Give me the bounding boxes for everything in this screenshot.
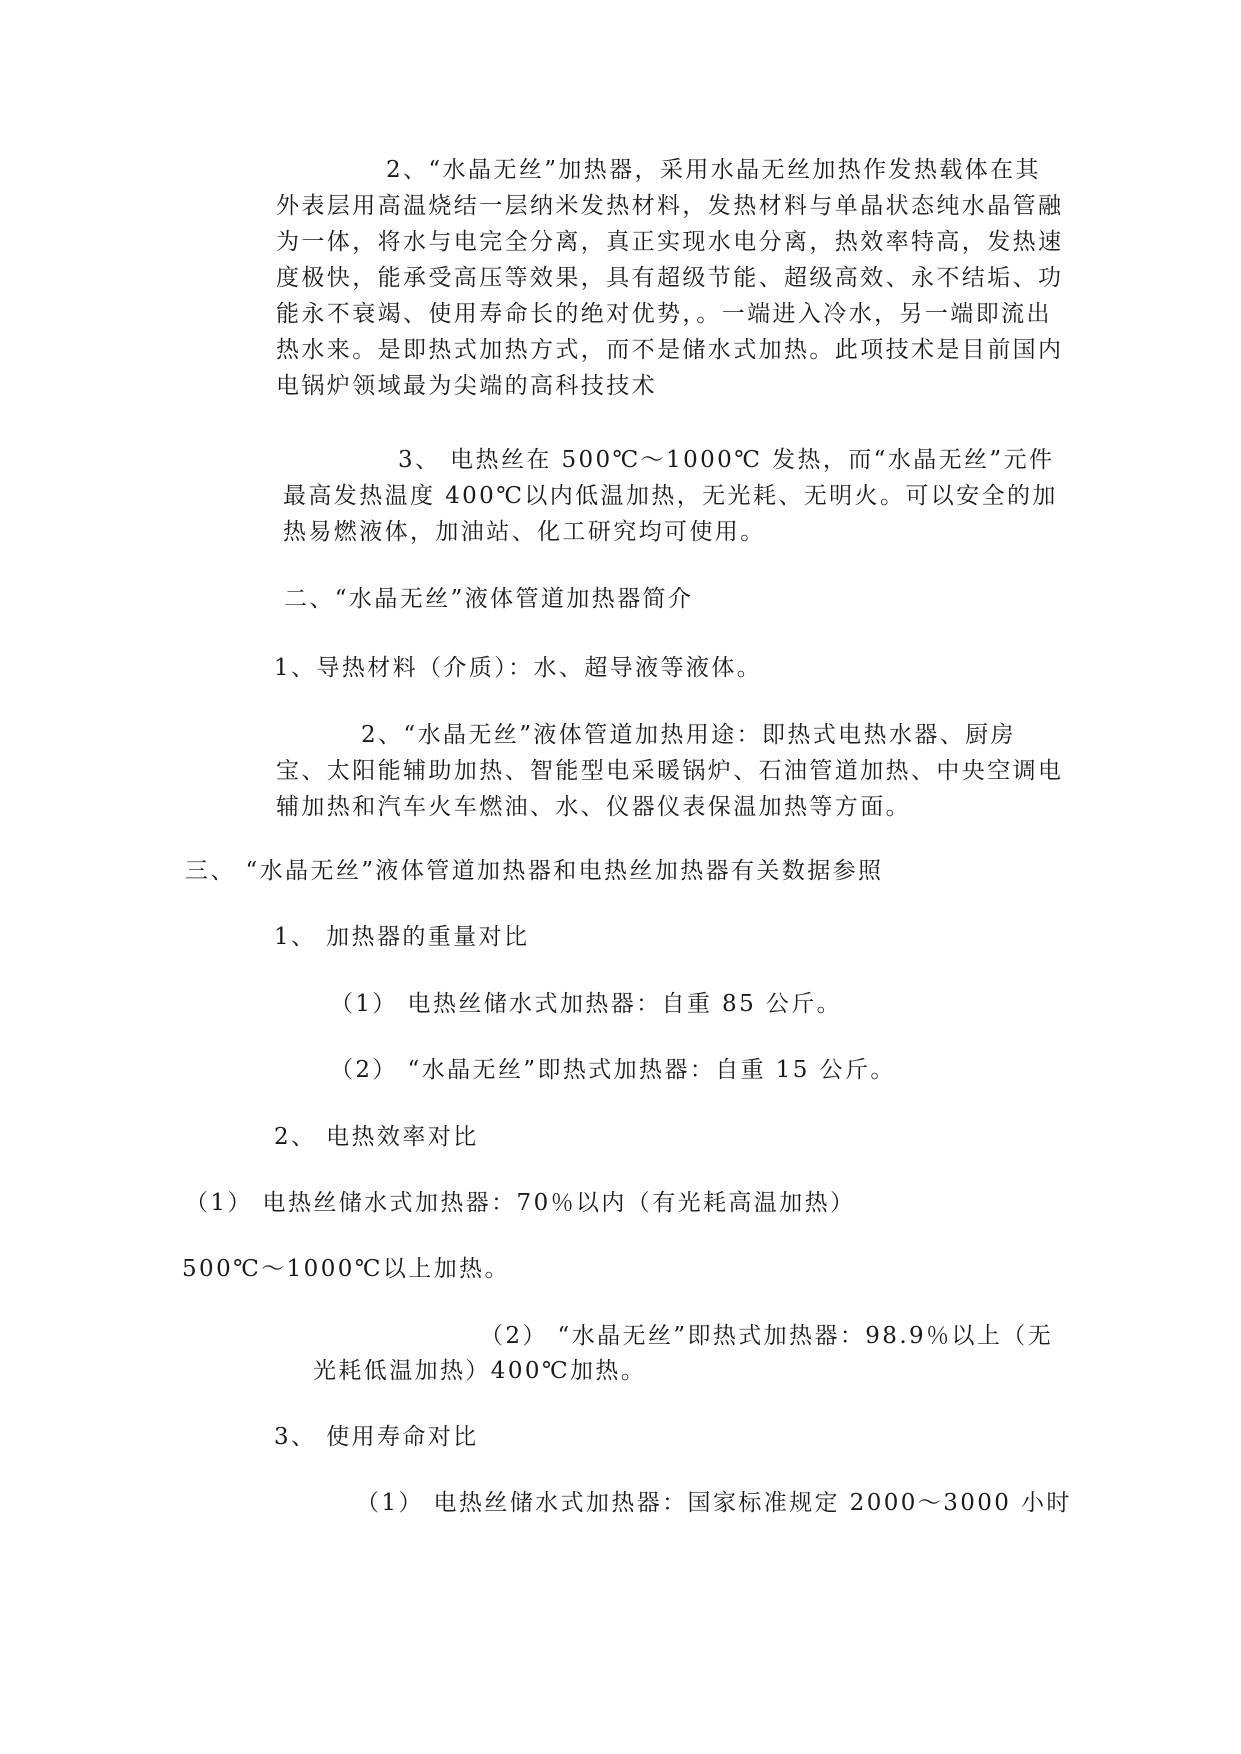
list-item-efficiency-wire-heater-continued: 500℃～1000℃以上加热。 bbox=[182, 1256, 510, 1283]
text-line: 为一体，将水与电完全分离，真正实现水电分离，热效率特高，发热速 bbox=[276, 224, 1063, 260]
subheading-efficiency-comparison: 2、 电热效率对比 bbox=[274, 1124, 479, 1151]
list-item-lifespan-wire-heater: （1） 电热丝储水式加热器：国家标准规定 2000～3000 小时 bbox=[356, 1490, 1072, 1517]
list-item-efficiency-crystal-heater-continued: 光耗低温加热）400℃加热。 bbox=[313, 1358, 646, 1385]
list-item-conductive-material: 1、导热材料（介质）：水、超导液等液体。 bbox=[274, 655, 762, 682]
list-item-weight-crystal-heater: （2） “水晶无丝”即热式加热器：自重 15 公斤。 bbox=[330, 1057, 896, 1084]
text-line: 外表层用高温烧结一层纳米发热材料，发热材料与单晶状态纯水晶管融 bbox=[276, 188, 1063, 224]
text-line: 电锅炉领域最为尖端的高科技技术 bbox=[276, 368, 1063, 404]
text-line: 3、 电热丝在 500℃～1000℃ 发热，而“水晶无丝”元件 bbox=[283, 442, 1058, 478]
list-item-efficiency-wire-heater: （1） 电热丝储水式加热器：70％以内（有光耗高温加热） bbox=[185, 1190, 855, 1217]
document-page: 2、“水晶无丝”加热器，采用水晶无丝加热作发热载体在其 外表层用高温烧结一层纳米… bbox=[0, 0, 1241, 1754]
list-item-weight-wire-heater: （1） 电热丝储水式加热器：自重 85 公斤。 bbox=[330, 991, 842, 1018]
text-line: 2、“水晶无丝”加热器，采用水晶无丝加热作发热载体在其 bbox=[276, 152, 1063, 188]
text-line: 能永不衰竭、使用寿命长的绝对优势，。一端进入冷水，另一端即流出 bbox=[276, 296, 1063, 332]
text-line: 2、“水晶无丝”液体管道加热用途：即热式电热水器、厨房 bbox=[276, 717, 1063, 753]
section-heading-data-reference: 三、 “水晶无丝”液体管道加热器和电热丝加热器有关数据参照 bbox=[185, 858, 883, 885]
text-line: 最高发热温度 400℃以内低温加热，无光耗、无明火。可以安全的加 bbox=[283, 478, 1058, 514]
paragraph-temperature-comparison: 3、 电热丝在 500℃～1000℃ 发热，而“水晶无丝”元件 最高发热温度 4… bbox=[283, 442, 1058, 550]
paragraph-applications: 2、“水晶无丝”液体管道加热用途：即热式电热水器、厨房 宝、太阳能辅助加热、智能… bbox=[276, 717, 1063, 825]
text-line: 宝、太阳能辅助加热、智能型电采暖锅炉、石油管道加热、中央空调电 bbox=[276, 753, 1063, 789]
section-heading-introduction: 二、“水晶无丝”液体管道加热器简介 bbox=[284, 586, 693, 613]
text-line: 度极快，能承受高压等效果，具有超级节能、超级高效、永不结垢、功 bbox=[276, 260, 1063, 296]
list-item-efficiency-crystal-heater: （2） “水晶无丝”即热式加热器：98.9％以上（无 bbox=[480, 1323, 1053, 1350]
subheading-lifespan-comparison: 3、 使用寿命对比 bbox=[274, 1424, 479, 1451]
paragraph-crystal-heater-description: 2、“水晶无丝”加热器，采用水晶无丝加热作发热载体在其 外表层用高温烧结一层纳米… bbox=[276, 152, 1063, 404]
text-line: 热水来。是即热式加热方式，而不是储水式加热。此项技术是目前国内 bbox=[276, 332, 1063, 368]
text-line: 热易燃液体，加油站、化工研究均可使用。 bbox=[283, 514, 1058, 550]
text-line: 辅加热和汽车火车燃油、水、仪器仪表保温加热等方面。 bbox=[276, 789, 1063, 825]
subheading-weight-comparison: 1、 加热器的重量对比 bbox=[274, 924, 529, 951]
